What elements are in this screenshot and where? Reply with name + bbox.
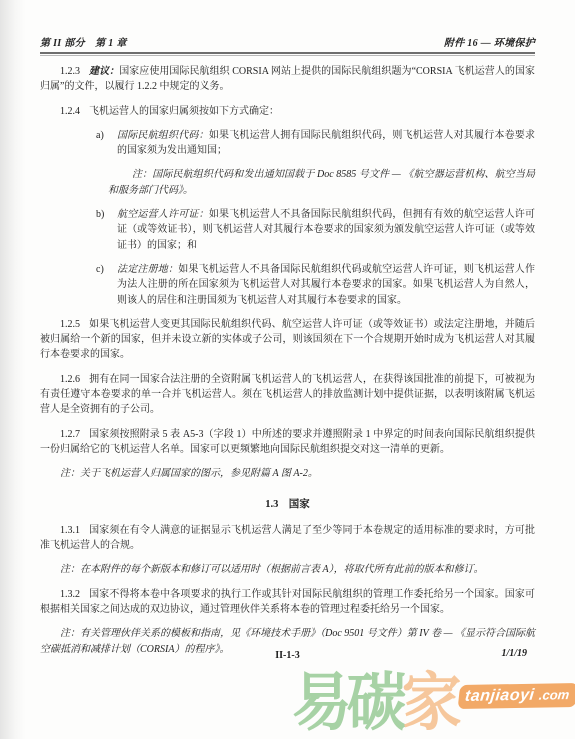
paragraph-number: 1.2.5 — [60, 319, 80, 330]
watermark: 易 碳 家 tanjiaoyi .com — [292, 667, 575, 739]
footer-page-number: II-1-3 — [40, 650, 535, 661]
header-left: 第 II 部分 第 1 章 — [40, 34, 127, 49]
watermark-char-yi: 易 — [292, 665, 347, 739]
list-item-c: c)法定注册地：如果飞机运营人不具备国际民航组织代码或航空运营人许可证，则飞机运… — [96, 262, 535, 308]
paragraph-1.2.6: 1.2.6拥有在同一国家合法注册的全资附属飞机运营人的飞机运营人，在获得该国批准… — [40, 372, 535, 418]
list-item-text: 如果飞机运营人不具备国际民航组织代码或航空运营人许可证，则飞机运营人作为法人注册… — [117, 264, 535, 306]
paragraph-1.2.7: 1.2.7国家须按照附录 5 表 A5-3（字段 1）中所述的要求并遵照附录 1… — [40, 427, 535, 458]
paragraph-number: 1.2.3 — [60, 66, 80, 77]
document-body: 1.2.3建议：国家应使用国际民航组织 CORSIA 网站上提供的国际民航组织题… — [40, 64, 535, 657]
list-item-a: a)国际民航组织代码：如果飞机运营人拥有国际民航组织代码，则飞机运营人对其履行本… — [96, 128, 535, 159]
page-content: 第 II 部分 第 1 章 附件 16 — 环境保护 1.2.3建议：国家应使用… — [40, 34, 535, 666]
header-right: 附件 16 — 环境保护 — [444, 34, 535, 49]
section-heading: 1.3 国家 — [40, 497, 535, 512]
watermark-char-tan: 碳 — [347, 665, 402, 739]
footer-date: 1/1/19 — [501, 648, 527, 659]
paragraph-lead: 建议： — [89, 66, 119, 77]
paragraph-text: 国家须在有令人满意的证据显示飞机运营人满足了至少等同于本卷规定的适用标准的要求时… — [40, 525, 535, 551]
paragraph-number: 1.2.6 — [60, 374, 80, 385]
list-item-body: 国际民航组织代码：如果飞机运营人拥有国际民航组织代码，则飞机运营人对其履行本卷要… — [117, 130, 535, 156]
header-rule — [40, 52, 535, 55]
list-item-term: 航空运营人许可证： — [117, 209, 209, 220]
list-item-body: 航空运营人许可证：如果飞机运营人不具备国际民航组织代码，但拥有有效的航空运营人许… — [117, 209, 535, 251]
list-marker: a) — [96, 128, 104, 143]
paragraph-1.2.5: 1.2.5如果飞机运营人变更其国际民航组织代码、航空运营人许可证（或等效证书）或… — [40, 317, 535, 363]
watermark-badge-line2: .com — [538, 687, 570, 703]
note: 注：在本附件的每个新版本和修订可以适用时（根据前言表 A），将取代所有此前的版本… — [40, 562, 535, 577]
scan-edge-shadow — [0, 0, 26, 739]
note: 注：关于飞机运营人归属国家的图示，参见附篇 A 图 A-2。 — [40, 466, 535, 481]
paragraph-text: 拥有在同一国家合法注册的全资附属飞机运营人的飞机运营人，在获得该国批准的前提下，… — [40, 374, 535, 416]
paragraph-text: 如果飞机运营人变更其国际民航组织代码、航空运营人许可证（或等效证书）或法定注册地… — [40, 319, 535, 361]
list-marker: c) — [96, 262, 104, 277]
page: { "header": { "left": "第 II 部分 第 1 章", "… — [0, 0, 575, 739]
paragraph-1.3.2: 1.3.2国家不得将本卷中各项要求的执行工作或其针对国际民航组织的管理工作委托给… — [40, 587, 535, 618]
paragraph-1.3.1: 1.3.1国家须在有令人满意的证据显示飞机运营人满足了至少等同于本卷规定的适用标… — [40, 523, 535, 554]
list-item-b: b)航空运营人许可证：如果飞机运营人不具备国际民航组织代码，但拥有有效的航空运营… — [96, 207, 535, 253]
paragraph-1.2.4: 1.2.4飞机运营人的国家归属须按如下方式确定： — [40, 104, 535, 119]
paragraph-text: 国家不得将本卷中各项要求的执行工作或其针对国际民航组织的管理工作委托给另一个国家… — [40, 589, 535, 615]
watermark-badge-line1: tanjiaoyi — [464, 687, 535, 705]
paragraph-number: 1.2.7 — [60, 429, 80, 440]
running-header: 第 II 部分 第 1 章 附件 16 — 环境保护 — [40, 34, 535, 49]
document-footer: II-1-3 1/1/19 — [40, 650, 535, 666]
list-item-term: 法定注册地： — [117, 264, 178, 275]
paragraph-number: 1.3.1 — [60, 525, 80, 536]
list-item-body: 法定注册地：如果飞机运营人不具备国际民航组织代码或航空运营人许可证，则飞机运营人… — [117, 264, 535, 306]
list-marker: b) — [96, 207, 104, 222]
paragraph-text: 飞机运营人的国家归属须按如下方式确定： — [89, 106, 279, 117]
paragraph-number: 1.3.2 — [60, 589, 80, 600]
list-item-term: 国际民航组织代码： — [117, 130, 209, 141]
paragraph-1.2.3: 1.2.3建议：国家应使用国际民航组织 CORSIA 网站上提供的国际民航组织题… — [40, 64, 535, 95]
paragraph-text: 国家须按照附录 5 表 A5-3（字段 1）中所述的要求并遵照附录 1 中界定的… — [40, 429, 535, 455]
watermark-badge: tanjiaoyi .com — [457, 683, 575, 709]
note-in-list: 注：国际民航组织代码和发出通知国载于 Doc 8585 号文件 — 《航空器运营… — [108, 167, 535, 198]
paragraph-number: 1.2.4 — [60, 106, 80, 117]
watermark-char-jia: 家 — [402, 665, 457, 739]
